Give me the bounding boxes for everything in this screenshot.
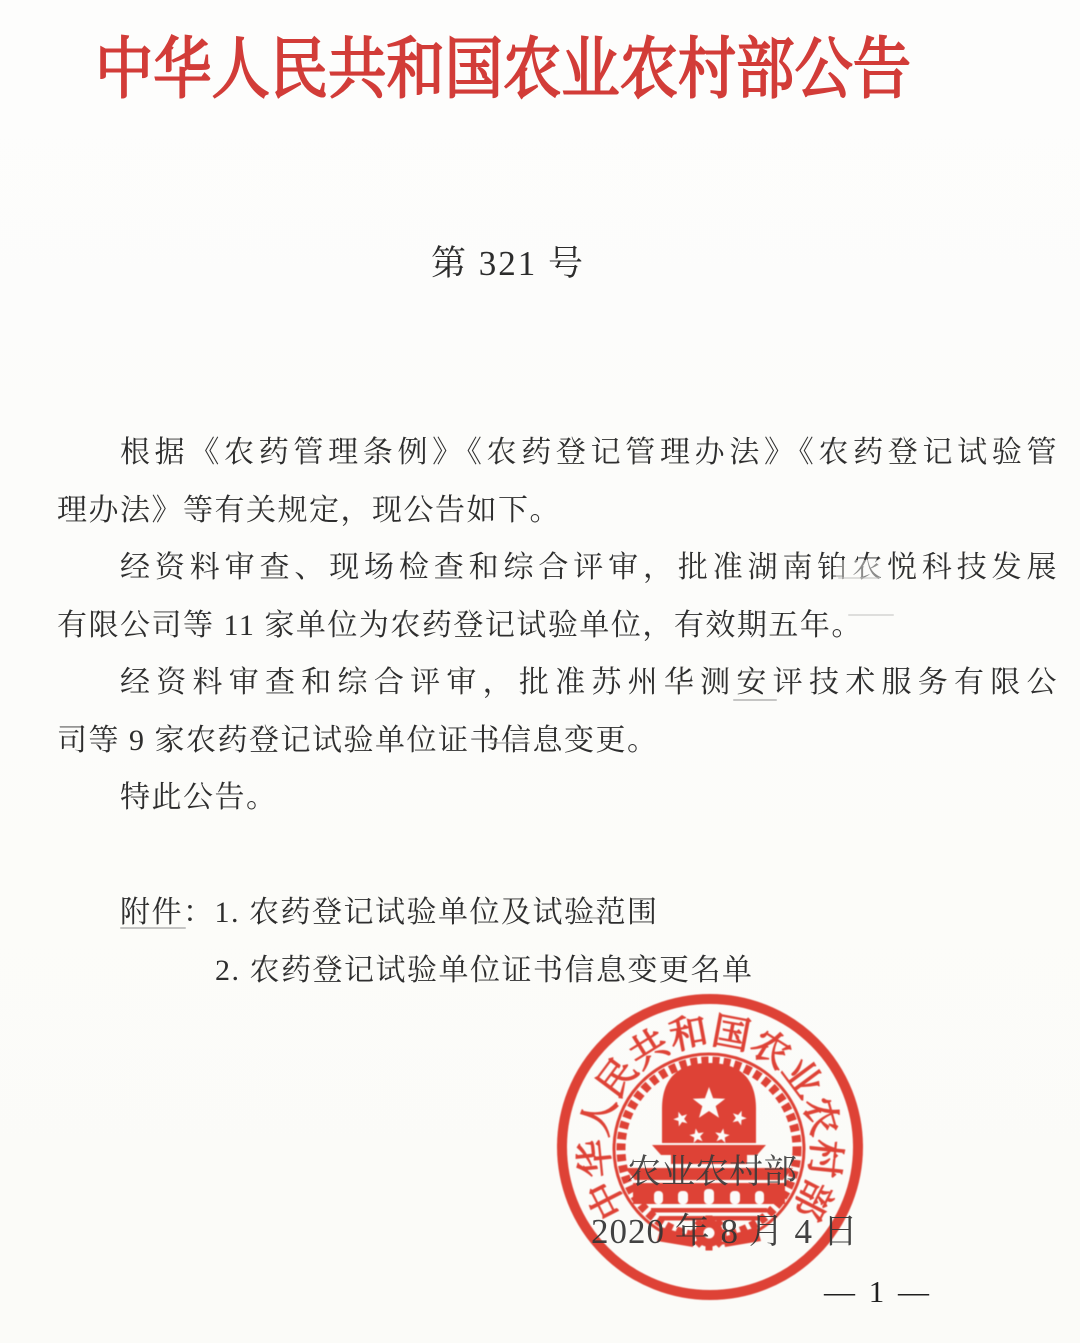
issue-number: 第 321 号 — [0, 236, 1048, 286]
body-line: 有限公司等 11 家单位为农药登记试验单位，有效期五年。 — [57, 597, 1058, 655]
body-line: 理办法》等有关规定，现公告如下。 — [57, 482, 1058, 540]
scan-artifact — [836, 560, 880, 594]
scan-artifact — [120, 927, 186, 929]
scan-artifact — [576, 917, 612, 919]
body-line: 根据《农药管理条例》《农药登记管理办法》《农药登记试验管 — [57, 424, 1058, 482]
attachment-line: 附件：1. 农药登记试验单位及试验范围 — [57, 884, 1058, 942]
scan-artifact — [490, 742, 530, 744]
body-line: 特此公告。 — [57, 769, 1058, 827]
attachment-item: 2. 农药登记试验单位证书信息变更名单 — [215, 954, 754, 987]
body-text: 根据《农药管理条例》《农药登记管理办法》《农药登记试验管 理办法》等有关规定，现… — [57, 424, 1058, 999]
body-line: 经资料审查、现场检查和综合评审，批准湖南铂农悦科技发展 — [57, 539, 1058, 597]
scan-artifact — [846, 600, 894, 634]
attachment-item: 1. 农药登记试验单位及试验范围 — [215, 896, 659, 929]
body-line: 经资料审查和综合评审，批准苏州华测安评技术服务有限公 — [57, 654, 1058, 712]
attachments-list: 附件：1. 农药登记试验单位及试验范围 2. 农药登记试验单位证书信息变更名单 — [57, 884, 1058, 999]
page-title-text: 中华人民共和国农业农村部公告 — [95, 34, 911, 108]
scan-artifact — [733, 699, 777, 701]
seal-date: 2020 年 8 月 4 日 — [591, 1204, 859, 1254]
body-line: 司等 9 家农药登记试验单位证书信息变更。 — [57, 712, 1058, 770]
seal-issuer-text: 农业农村部 — [627, 1144, 797, 1193]
page-title: 中华人民共和国农业农村部公告 — [0, 34, 1043, 108]
document-page: 中华人民共和国农业农村部公告 第 321 号 根据《农药管理条例》《农药登记管理… — [0, 0, 1080, 1343]
attachments-label: 附件： — [120, 896, 215, 929]
